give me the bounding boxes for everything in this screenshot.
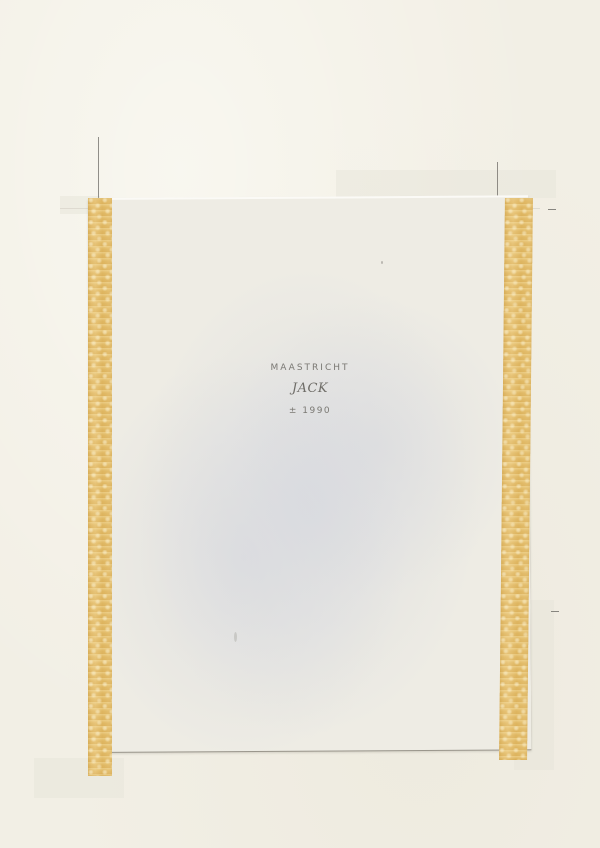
faint-hinge-strip-top bbox=[336, 170, 556, 198]
inscription-date: ± 1990 bbox=[240, 406, 380, 416]
sheet-top-edge bbox=[88, 195, 528, 200]
masking-tape-right bbox=[499, 198, 533, 760]
faint-mark bbox=[234, 632, 237, 642]
inscription-name: JACK bbox=[240, 381, 380, 396]
pencil-tick-mark-upper bbox=[548, 209, 556, 210]
pencil-dot bbox=[381, 261, 383, 264]
pencil-tick-mark-lower bbox=[551, 611, 559, 612]
inscription-place: MAASTRICHT bbox=[240, 363, 380, 373]
paper-sheet bbox=[88, 195, 531, 752]
masking-tape-left bbox=[88, 198, 112, 776]
backing-board: MAASTRICHT JACK ± 1990 bbox=[0, 0, 600, 848]
pencil-corner-mark-left bbox=[98, 137, 99, 199]
pencil-inscription: MAASTRICHT JACK ± 1990 bbox=[240, 360, 380, 416]
